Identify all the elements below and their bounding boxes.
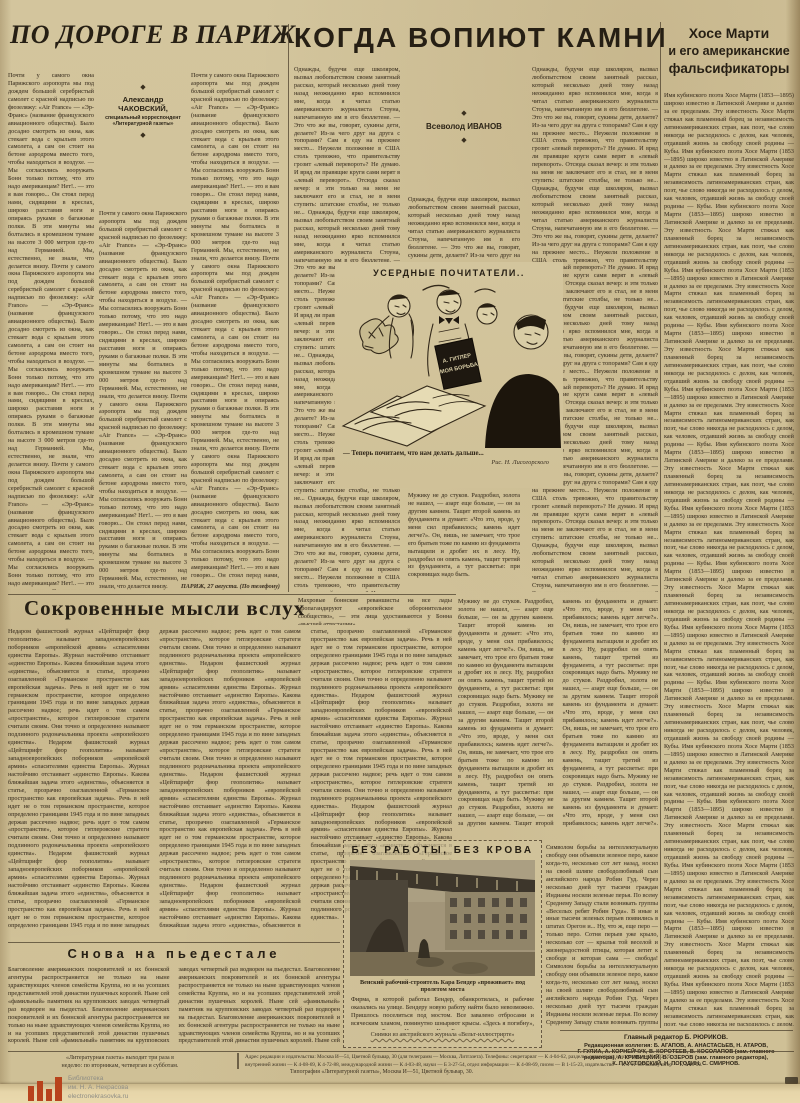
photo-caption-headline: Венский рабочий-строитель Кара Бендер «п… (350, 979, 535, 994)
photo-caption-body: Фирма, в которой работал Бендер, обанкро… (351, 996, 534, 1030)
watermark-line1: Библиотека (68, 1075, 128, 1084)
article-stones-byline: ◆ Всеволод ИВАНОВ ◆ (408, 108, 520, 145)
article-paris-col2: Почти у самого окна Парижского аэропорта… (99, 210, 187, 590)
marti-title-line3: фальсификаторы (663, 60, 795, 78)
article-stones-col2b: Мужику не до стуков. Раздробил, золота н… (408, 492, 520, 592)
article-stones-mid-columns: Мужику не до стуков. Раздробил, золота н… (458, 598, 658, 836)
article-thoughts-title: Сокровенные мысли вслух (24, 598, 292, 619)
article-marti-body: Имя кубинского поэта Хосе Марти (1853—18… (664, 92, 794, 1026)
cartoon-caption: — Теперь почитаем, что нам делать дальше… (343, 450, 555, 458)
article-paris-col3: Почти у самого окна Парижского аэропорта… (191, 72, 279, 580)
column-rule (288, 24, 289, 592)
editor-line: Главный редактор Б. РЮРИКОВ. (556, 1034, 796, 1041)
article-pedestal-columns: Благоволение американских покровителей и… (8, 966, 340, 1046)
ornament-icon: ◆ (99, 82, 187, 92)
unemployed-photo (350, 860, 535, 976)
marti-title-line1: Хосе Марти (663, 24, 795, 43)
paris-dateline: ПАРИЖ, 27 августа. (По телефону) (150, 583, 280, 592)
print-code-mark (785, 1077, 798, 1084)
newspaper-page: ПО ДОРОГЕ В ПАРИЖ Почти у самого окна Па… (0, 0, 800, 1103)
column-rule (660, 22, 661, 1028)
footer-address: Адрес редакции и издательства: Москва И—… (245, 1054, 793, 1069)
footer-schedule: «Литературная газета» выходит три раза в… (8, 1054, 232, 1071)
ornament-icon: ◆ (408, 135, 520, 145)
paris-byline-name: Александр ЧАКОВСКИЙ, (99, 95, 187, 113)
article-pedestal-title: Снова на пьедестале (8, 946, 340, 961)
watermark-line3: electronekrasovka.ru (68, 1093, 128, 1102)
footer-typography: Типография «Литературной газеты», Москва… (290, 1069, 610, 1076)
schedule-line1: «Литературная газета» выходит три раза в (8, 1054, 232, 1062)
cartoon-credit: Рис. Н. Лисогорского (349, 459, 549, 467)
footer-rule (8, 1051, 794, 1052)
article-stones-title: КОГДА ВОПИЮТ КАМНИ (294, 22, 656, 54)
section-rule (8, 594, 456, 595)
photo-feature-box: БЕЗ РАБОТЫ, БЕЗ КРОВА (343, 840, 542, 1048)
article-thoughts-leadline: Махровые боннские реваншисты на все лады… (298, 597, 452, 625)
photo-feature-title: БЕЗ РАБОТЫ, БЕЗ КРОВА (344, 845, 541, 856)
article-paris-byline: ◆ Александр ЧАКОВСКИЙ, специальный корре… (99, 82, 187, 140)
article-paris-col1: Почти у самого окна Парижского аэропорта… (8, 72, 94, 590)
watermark-line2: им. Н. А. Некрасова (68, 1084, 128, 1093)
schedule-line2: неделю: по вторникам, четвергам и суббот… (8, 1062, 232, 1070)
article-stones-col4: Символом борьбы за интеллектуальную своб… (546, 844, 658, 1026)
ornament-icon: ◆ (99, 130, 187, 140)
library-watermark: Библиотека им. Н. А. Некрасова electrone… (28, 1075, 128, 1101)
marti-title-line2: и его американские (663, 43, 795, 60)
section-rule (560, 1030, 793, 1031)
ornament-icon: ◆ (408, 108, 520, 118)
cartoon-block: УСЕРДНЫЕ ПОЧИТАТЕЛИ.. (335, 262, 563, 488)
paris-byline-role2: «Литературной газеты» (99, 121, 187, 127)
photo-source: Снимки из австрийского журнала «Вельт-ил… (348, 1032, 537, 1039)
library-logo-icon (28, 1077, 62, 1101)
article-paris-title: ПО ДОРОГЕ В ПАРИЖ (10, 22, 288, 48)
address-line1: Адрес редакции и издательства: Москва И—… (245, 1054, 793, 1062)
stones-byline-name: Всеволод ИВАНОВ (408, 122, 520, 131)
article-marti-title: Хосе Марти и его американские фальсифика… (663, 24, 795, 78)
footer-divider (237, 1053, 239, 1069)
cartoon-title: УСЕРДНЫЕ ПОЧИТАТЕЛИ.. (335, 268, 563, 278)
address-line2: внутренней жизни — К 4-08-69, К 4-72-88,… (245, 1062, 793, 1070)
article-stones-col2a: Однажды, будучи еще школяром, вызвал люб… (408, 196, 520, 260)
section-rule (8, 942, 340, 943)
cartoon-drawing: А. ГИТЛЕР МОЯ БОРЬБА (335, 280, 561, 448)
